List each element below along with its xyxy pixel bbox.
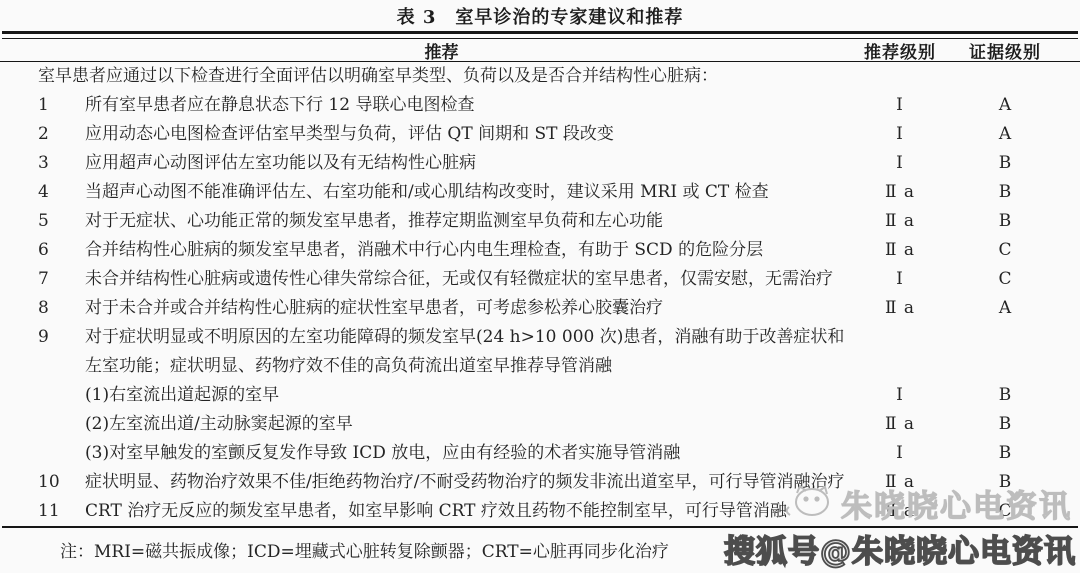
table-row: 5 对于无症状、心功能正常的频发室早患者，推荐定期监测室早负荷和左心功能 Ⅱ a… — [0, 207, 1080, 236]
row-class-value: Ⅰ — [845, 265, 955, 294]
row-recommendation-text: 对于未合并或合并结构性心脏病的症状性室早患者，可考虑参松养心胶囊治疗 — [85, 294, 845, 323]
table-row: (1)右室流出道起源的室早 Ⅰ B — [0, 381, 1080, 410]
row-evidence-value: B — [955, 178, 1055, 207]
row-class-value: Ⅰ — [845, 439, 955, 468]
row-number: 3 — [38, 149, 85, 178]
table-footnote: 注：MRI=磁共振成像；ICD=埋藏式心脏转复除颤器；CRT=心脏再同步化治疗 — [0, 528, 1080, 562]
row-evidence-value: B — [955, 468, 1055, 497]
row-evidence-value: B — [955, 381, 1055, 410]
row-recommendation-text: 室早患者应通过以下检查进行全面评估以明确室早类型、负荷以及是否合并结构性心脏病： — [38, 62, 845, 91]
row-recommendation-text: CRT 治疗无反应的频发室早患者，如室早影响 CRT 疗效且药物不能控制室早，可… — [85, 497, 845, 526]
row-recommendation-text: 合并结构性心脏病的频发室早患者，消融术中行心内电生理检查，有助于 SCD 的危险… — [85, 236, 845, 265]
row-evidence-value: A — [955, 120, 1055, 149]
row-class-value: Ⅱ a — [845, 468, 955, 497]
column-header-evidence: 证据级别 — [955, 38, 1055, 63]
row-recommendation-text: 症状明显、药物治疗效果不佳/拒绝药物治疗/不耐受药物治疗的频发非流出道室早，可行… — [85, 468, 845, 497]
row-recommendation-text: 所有室早患者应在静息状态下行 12 导联心电图检查 — [85, 91, 845, 120]
table-row: (2)左室流出道/主动脉窦起源的室早 Ⅱ a B — [0, 410, 1080, 439]
row-number: 8 — [38, 294, 85, 323]
row-class-value: Ⅱ a — [845, 207, 955, 236]
row-class-value: Ⅱ a — [845, 497, 955, 526]
table-row: 1 所有室早患者应在静息状态下行 12 导联心电图检查 Ⅰ A — [0, 91, 1080, 120]
row-number: 11 — [38, 497, 85, 526]
row-recommendation-text: (2)左室流出道/主动脉窦起源的室早 — [85, 410, 845, 439]
row-class-value: Ⅰ — [845, 149, 955, 178]
row-evidence-value: B — [955, 207, 1055, 236]
row-class-value: Ⅱ a — [845, 294, 955, 323]
table-row: 室早患者应通过以下检查进行全面评估以明确室早类型、负荷以及是否合并结构性心脏病： — [0, 62, 1080, 91]
row-class-value: Ⅱ a — [845, 178, 955, 207]
table-row: 10 症状明显、药物治疗效果不佳/拒绝药物治疗/不耐受药物治疗的频发非流出道室早… — [0, 468, 1080, 497]
row-class-value: Ⅰ — [845, 381, 955, 410]
row-number: 2 — [38, 120, 85, 149]
table-body: 室早患者应通过以下检查进行全面评估以明确室早类型、负荷以及是否合并结构性心脏病：… — [0, 62, 1080, 526]
table-row: 2 应用动态心电图检查评估室早类型与负荷，评估 QT 间期和 ST 段改变 Ⅰ … — [0, 120, 1080, 149]
row-number: 9 — [38, 323, 85, 352]
row-recommendation-text: 当超声心动图不能准确评估左、右室功能和/或心肌结构改变时，建议采用 MRI 或 … — [85, 178, 845, 207]
scanned-table-page: 表 3 室早诊治的专家建议和推荐 推荐 推荐级别 证据级别 室早患者应通过以下检… — [0, 0, 1080, 573]
row-recommendation-text: 应用超声心动图评估左室功能以及有无结构性心脏病 — [85, 149, 845, 178]
table-header-row: 推荐 推荐级别 证据级别 — [0, 39, 1080, 62]
row-recommendation-text: 对于症状明显或不明原因的左室功能障碍的频发室早(24 h>10 000 次)患者… — [85, 323, 845, 381]
row-evidence-value: C — [955, 265, 1055, 294]
table-row: 11 CRT 治疗无反应的频发室早患者，如室早影响 CRT 疗效且药物不能控制室… — [0, 497, 1080, 526]
row-evidence-value: A — [955, 294, 1055, 323]
row-evidence-value: C — [955, 236, 1055, 265]
row-evidence-value: A — [955, 91, 1055, 120]
table-row: 6 合并结构性心脏病的频发室早患者，消融术中行心内电生理检查，有助于 SCD 的… — [0, 236, 1080, 265]
row-recommendation-text: 对于无症状、心功能正常的频发室早患者，推荐定期监测室早负荷和左心功能 — [85, 207, 845, 236]
column-header-class: 推荐级别 — [845, 38, 955, 63]
row-evidence-value: C — [955, 497, 1055, 526]
row-class-value: Ⅰ — [845, 120, 955, 149]
table-title: 表 3 室早诊治的专家建议和推荐 — [0, 0, 1080, 31]
row-number: 7 — [38, 265, 85, 294]
row-evidence-value: B — [955, 410, 1055, 439]
row-class-value: Ⅱ a — [845, 236, 955, 265]
table-row: 3 应用超声心动图评估左室功能以及有无结构性心脏病 Ⅰ B — [0, 149, 1080, 178]
row-recommendation-text: 未合并结构性心脏病或遗传性心律失常综合征，无或仅有轻微症状的室早患者，仅需安慰，… — [85, 265, 845, 294]
row-recommendation-text: (3)对室早触发的室颤反复发作导致 ICD 放电，应由有经验的术者实施导管消融 — [85, 439, 845, 468]
row-number: 5 — [38, 207, 85, 236]
table-row: 7 未合并结构性心脏病或遗传性心律失常综合征，无或仅有轻微症状的室早患者，仅需安… — [0, 265, 1080, 294]
row-evidence-value: B — [955, 439, 1055, 468]
row-evidence-value: B — [955, 149, 1055, 178]
table-row: (3)对室早触发的室颤反复发作导致 ICD 放电，应由有经验的术者实施导管消融 … — [0, 439, 1080, 468]
table-row: 8 对于未合并或合并结构性心脏病的症状性室早患者，可考虑参松养心胶囊治疗 Ⅱ a… — [0, 294, 1080, 323]
table-row: 4 当超声心动图不能准确评估左、右室功能和/或心肌结构改变时，建议采用 MRI … — [0, 178, 1080, 207]
row-number: 1 — [38, 91, 85, 120]
row-number: 10 — [38, 468, 85, 497]
row-recommendation-text: 应用动态心电图检查评估室早类型与负荷，评估 QT 间期和 ST 段改变 — [85, 120, 845, 149]
row-recommendation-text: (1)右室流出道起源的室早 — [85, 381, 845, 410]
table-row: 9 对于症状明显或不明原因的左室功能障碍的频发室早(24 h>10 000 次)… — [0, 323, 1080, 381]
row-number: 4 — [38, 178, 85, 207]
row-class-value: Ⅱ a — [845, 410, 955, 439]
row-class-value: Ⅰ — [845, 91, 955, 120]
column-header-recommendation: 推荐 — [38, 38, 845, 63]
row-number: 6 — [38, 236, 85, 265]
